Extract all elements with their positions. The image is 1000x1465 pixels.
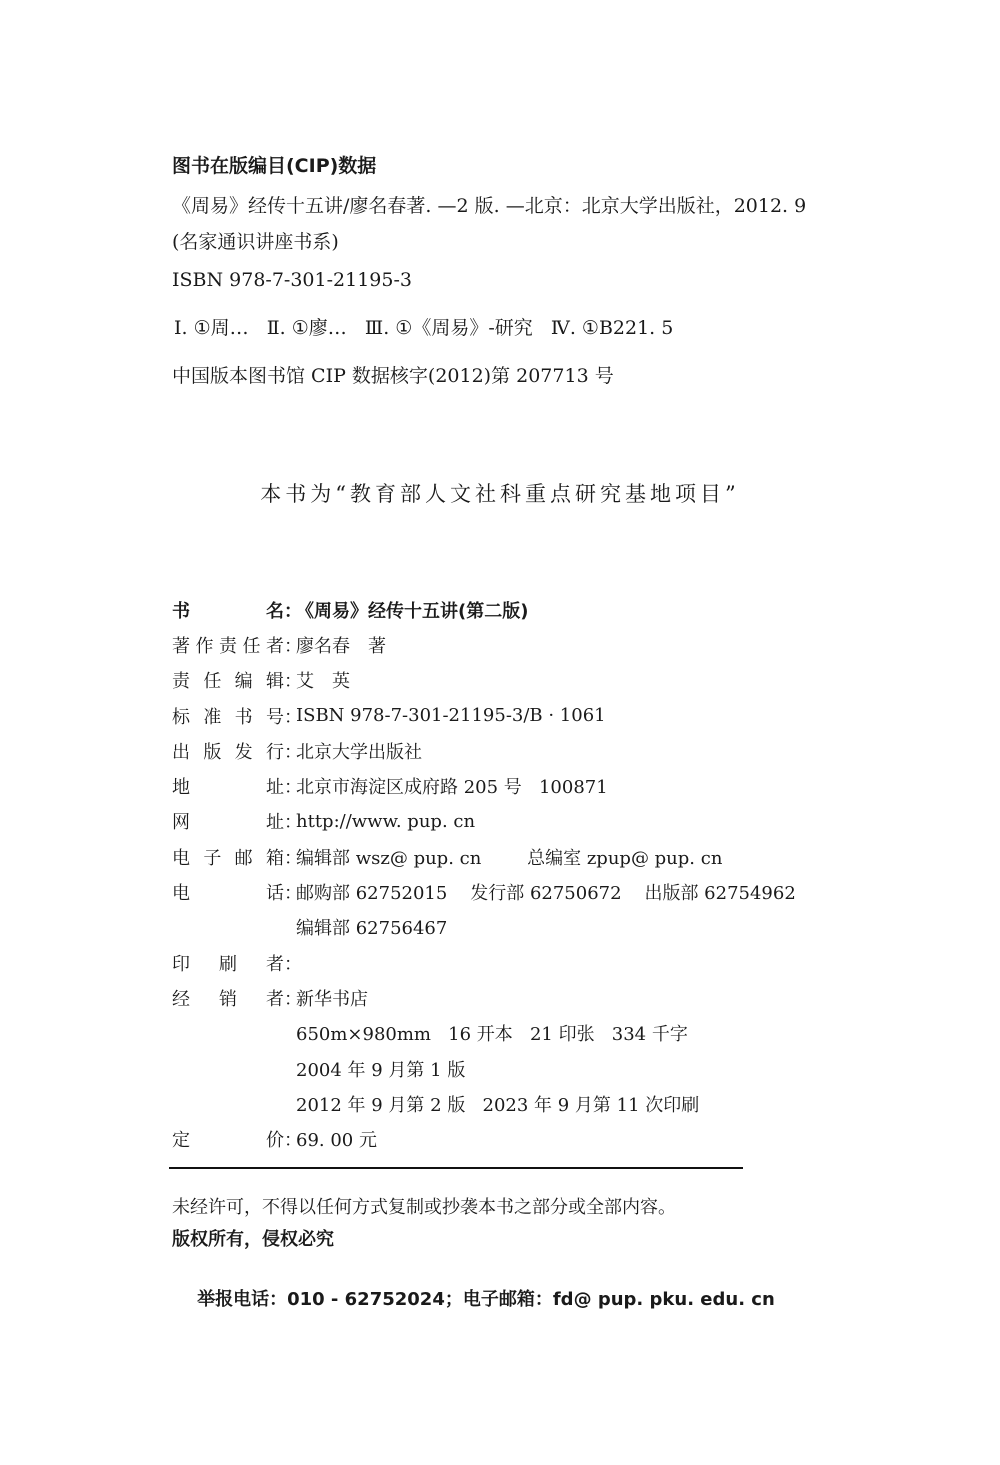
info-value: 廖名春 著 <box>296 632 796 658</box>
report-contact: 举报电话：010 - 62752024；电子邮箱：fd@ pup. pku. e… <box>172 1264 775 1336</box>
info-label-char: 电 <box>172 844 190 870</box>
info-label-char: 经 <box>172 985 190 1011</box>
cip-subject-line: Ⅰ. ①周… Ⅱ. ①廖… Ⅲ. ①《周易》-研究 Ⅳ. ①B221. 5 <box>174 316 673 340</box>
info-row: 著作责任者：廖名春 著 <box>172 627 796 662</box>
info-label: 责任编辑 <box>172 667 284 693</box>
info-colon: ： <box>284 950 296 976</box>
info-label-char: 定 <box>172 1126 190 1152</box>
info-label-char: 销 <box>219 985 237 1011</box>
info-label-char: 版 <box>203 738 221 764</box>
info-value: 编辑部 wsz@ pup. cn 总编室 zpup@ pup. cn <box>296 844 796 870</box>
info-colon: ： <box>284 1126 296 1152</box>
info-colon: ： <box>284 773 296 799</box>
info-row: 电子邮箱：编辑部 wsz@ pup. cn 总编室 zpup@ pup. cn <box>172 839 796 874</box>
info-label-char: 著 <box>172 632 190 658</box>
info-value: 《周易》经传十五讲(第二版) <box>296 597 796 623</box>
info-label-char: 任 <box>203 667 221 693</box>
info-value: 北京大学出版社 <box>296 738 796 764</box>
info-value: http://www. pup. cn <box>296 811 796 832</box>
info-label: 出版发行 <box>172 738 284 764</box>
info-label-char: 作 <box>196 632 214 658</box>
info-value: 69. 00 元 <box>296 1126 796 1152</box>
info-colon: ： <box>284 879 296 905</box>
report-contact-text: 举报电话：010 - 62752024；电子邮箱：fd@ pup. pku. e… <box>197 1289 775 1310</box>
info-row: 责任编辑：艾 英 <box>172 663 796 698</box>
info-label-char: 者 <box>266 950 284 976</box>
info-row: 电话：邮购部 62752015 发行部 62750672 出版部 6275496… <box>172 874 796 909</box>
info-row: 2004 年 9 月第 1 版 <box>172 1051 796 1086</box>
info-colon: ： <box>284 985 296 1011</box>
publication-info-table: 书名：《周易》经传十五讲(第二版)著作责任者：廖名春 著责任编辑：艾 英标准书号… <box>172 592 796 1157</box>
info-label: 印刷者 <box>172 950 284 976</box>
info-row: 定价：69. 00 元 <box>172 1121 796 1156</box>
info-label-char: 址 <box>266 808 284 834</box>
info-colon: ： <box>284 597 296 623</box>
info-value: 艾 英 <box>296 667 796 693</box>
info-row: 2012 年 9 月第 2 版 2023 年 9 月第 11 次印刷 <box>172 1086 796 1121</box>
info-row: 网址：http://www. pup. cn <box>172 804 796 839</box>
divider-rule <box>169 1167 743 1169</box>
info-label-char: 名 <box>266 597 284 623</box>
project-note: 本书为“教育部人文社科重点研究基地项目” <box>0 480 1000 508</box>
cip-bibliographic-line: 《周易》经传十五讲/廖名春著. —2 版. —北京：北京大学出版社，2012. … <box>172 194 806 218</box>
info-label: 经销者 <box>172 985 284 1011</box>
info-label-char: 子 <box>203 844 221 870</box>
copyright-notice: 未经许可，不得以任何方式复制或抄袭本书之部分或全部内容。 <box>172 1196 676 1220</box>
info-value: 2004 年 9 月第 1 版 <box>296 1056 796 1082</box>
info-value: 2012 年 9 月第 2 版 2023 年 9 月第 11 次印刷 <box>296 1091 796 1117</box>
info-value: 北京市海淀区成府路 205 号 100871 <box>296 773 796 799</box>
info-label-char: 辑 <box>266 667 284 693</box>
info-label-char: 者 <box>266 985 284 1011</box>
info-label-char: 者 <box>266 632 284 658</box>
info-label: 地址 <box>172 773 284 799</box>
info-value: 邮购部 62752015 发行部 62750672 出版部 62754962 <box>296 879 796 905</box>
info-value: 编辑部 62756467 <box>296 914 796 940</box>
info-row: 标准书号：ISBN 978-7-301-21195-3/B · 1061 <box>172 698 796 733</box>
info-label-char: 发 <box>235 738 253 764</box>
info-colon: ： <box>284 632 296 658</box>
info-label: 书名 <box>172 597 284 623</box>
info-label-char: 出 <box>172 738 190 764</box>
info-label: 网址 <box>172 808 284 834</box>
info-label-char: 箱 <box>266 844 284 870</box>
cip-record-number: 中国版本图书馆 CIP 数据核字(2012)第 207713 号 <box>172 364 614 388</box>
info-label-char: 邮 <box>235 844 253 870</box>
info-colon: ： <box>284 667 296 693</box>
info-label-char: 行 <box>266 738 284 764</box>
info-label-char: 刷 <box>219 950 237 976</box>
rights-reserved: 版权所有，侵权必究 <box>172 1228 334 1252</box>
info-label-char: 责 <box>219 632 237 658</box>
info-label-char: 任 <box>243 632 261 658</box>
info-value: ISBN 978-7-301-21195-3/B · 1061 <box>296 705 796 726</box>
info-label-char: 书 <box>235 703 253 729</box>
info-value: 新华书店 <box>296 985 796 1011</box>
info-label-char: 标 <box>172 703 190 729</box>
info-label-char: 话 <box>266 879 284 905</box>
info-label-char: 网 <box>172 808 190 834</box>
info-label-char: 印 <box>172 950 190 976</box>
info-label-char: 责 <box>172 667 190 693</box>
cip-isbn-line: ISBN 978-7-301-21195-3 <box>172 268 412 292</box>
info-label-char: 地 <box>172 773 190 799</box>
info-row: 印刷者： <box>172 945 796 980</box>
info-label: 定价 <box>172 1126 284 1152</box>
info-label-char: 准 <box>203 703 221 729</box>
info-label: 标准书号 <box>172 703 284 729</box>
info-row: 地址：北京市海淀区成府路 205 号 100871 <box>172 768 796 803</box>
info-label-char: 址 <box>266 773 284 799</box>
info-row: 编辑部 62756467 <box>172 910 796 945</box>
info-label: 电话 <box>172 879 284 905</box>
cip-series-line: (名家通识讲座书系) <box>172 230 339 254</box>
info-row: 出版发行：北京大学出版社 <box>172 733 796 768</box>
info-label: 电子邮箱 <box>172 844 284 870</box>
info-colon: ： <box>284 808 296 834</box>
info-label: 著作责任者 <box>172 632 284 658</box>
info-label-char: 书 <box>172 597 190 623</box>
info-label-char: 编 <box>235 667 253 693</box>
cip-title: 图书在版编目(CIP)数据 <box>172 154 376 178</box>
info-label-char: 价 <box>266 1126 284 1152</box>
info-colon: ： <box>284 703 296 729</box>
info-row: 经销者：新华书店 <box>172 980 796 1015</box>
info-row: 书名：《周易》经传十五讲(第二版) <box>172 592 796 627</box>
info-value: 650m×980mm 16 开本 21 印张 334 千字 <box>296 1020 796 1046</box>
info-row: 650m×980mm 16 开本 21 印张 334 千字 <box>172 1016 796 1051</box>
info-label-char: 号 <box>266 703 284 729</box>
info-colon: ： <box>284 738 296 764</box>
info-label-char: 电 <box>172 879 190 905</box>
info-colon: ： <box>284 844 296 870</box>
